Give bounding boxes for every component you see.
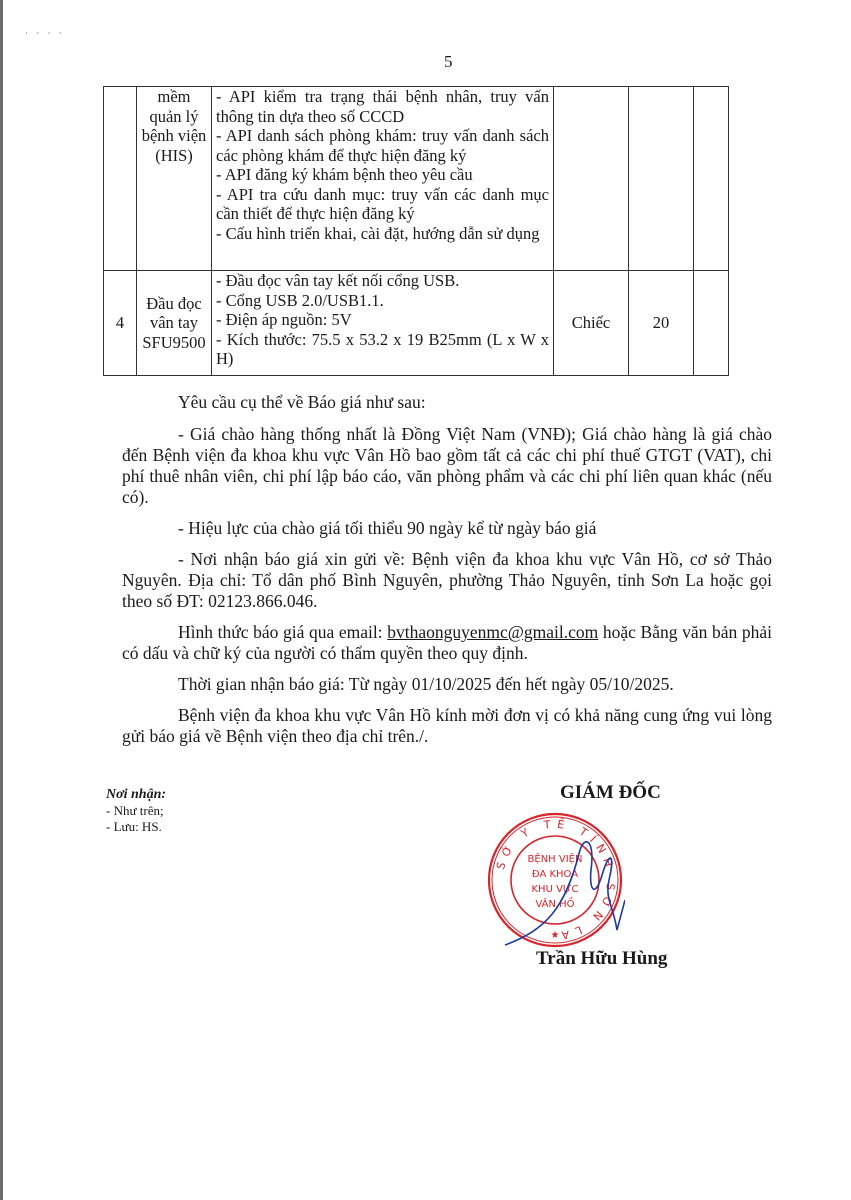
cell-stt: 4	[104, 271, 137, 376]
svg-text:★: ★	[551, 930, 560, 941]
cell-quantity: 20	[629, 271, 694, 376]
stamp-line: BỆNH VIỆN	[528, 852, 583, 865]
requirements-section: Yêu cầu cụ thể về Báo giá như sau: - Giá…	[122, 392, 772, 757]
table-row: 4 Đầu đọc vân tay SFU9500 - Đầu đọc vân …	[104, 271, 729, 376]
scan-edge	[0, 0, 3, 1200]
signer-title: GIÁM ĐỐC	[560, 782, 661, 804]
cell-spec: - API kiểm tra trạng thái bệnh nhân, tru…	[212, 87, 554, 271]
invitation-text: Bệnh viện đa khoa khu vực Vân Hồ kính mờ…	[122, 705, 772, 747]
spec-line: - Điện áp nguồn: 5V	[216, 310, 549, 330]
recipient-item: - Lưu: HS.	[106, 819, 166, 835]
cell-unit	[554, 87, 629, 271]
cell-item-name: Đầu đọc vân tay SFU9500	[137, 271, 212, 376]
email-prefix: Hình thức báo giá qua email:	[178, 622, 387, 642]
cell-quantity	[629, 87, 694, 271]
requirement-email: Hình thức báo giá qua email: bvthaonguye…	[122, 622, 772, 664]
page-number: 5	[444, 52, 453, 72]
spec-line: - API danh sách phòng khám: truy vấn dan…	[216, 126, 549, 165]
requirement-address: - Nơi nhận báo giá xin gửi về: Bệnh viện…	[122, 549, 772, 612]
stamp-line: KHU VỰC	[532, 884, 579, 895]
cell-unit: Chiếc	[554, 271, 629, 376]
email-link[interactable]: bvthaonguyenmc@gmail.com	[387, 622, 598, 642]
spec-line: - Cấu hình triển khai, cài đặt, hướng dẫ…	[216, 224, 549, 244]
spec-line: - API tra cứu danh mục: truy vấn các dan…	[216, 185, 549, 224]
cell-price	[694, 271, 729, 376]
recipients-block: Nơi nhận: - Như trên; - Lưu: HS.	[106, 787, 166, 835]
signer-name: Trần Hữu Hùng	[536, 948, 667, 970]
table-row: mềm quản lý bệnh viện (HIS) - API kiểm t…	[104, 87, 729, 271]
spec-line: - Kích thước: 75.5 x 53.2 x 19 B25mm (L …	[216, 330, 549, 369]
requirement-validity: - Hiệu lực của chào giá tối thiểu 90 ngà…	[122, 518, 772, 539]
spec-line: - API kiểm tra trạng thái bệnh nhân, tru…	[216, 87, 549, 126]
spec-line: - API đăng ký khám bệnh theo yêu cầu	[216, 165, 549, 185]
official-stamp-icon: SỞ Y TẾ TỈNH SƠN LA ★ BỆNH VIỆN ĐA KHOA …	[485, 810, 625, 950]
items-table: mềm quản lý bệnh viện (HIS) - API kiểm t…	[103, 86, 729, 376]
spec-line: - Đầu đọc vân tay kết nối cổng USB.	[216, 271, 549, 291]
spec-line: - Cổng USB 2.0/USB1.1.	[216, 291, 549, 311]
recipients-title: Nơi nhận:	[106, 787, 166, 803]
requirement-timeframe: Thời gian nhận báo giá: Từ ngày 01/10/20…	[122, 674, 772, 695]
cell-stt	[104, 87, 137, 271]
stamp-line: VÂN HỒ	[535, 896, 574, 910]
cell-price	[694, 87, 729, 271]
requirements-heading: Yêu cầu cụ thể về Báo giá như sau:	[122, 392, 772, 413]
cell-spec: - Đầu đọc vân tay kết nối cổng USB. - Cổ…	[212, 271, 554, 376]
scan-specks: · · · ·	[25, 28, 65, 38]
requirement-currency: - Giá chào hàng thống nhất là Đồng Việt …	[122, 424, 772, 508]
cell-item-name: mềm quản lý bệnh viện (HIS)	[137, 87, 212, 271]
recipient-item: - Như trên;	[106, 803, 166, 819]
